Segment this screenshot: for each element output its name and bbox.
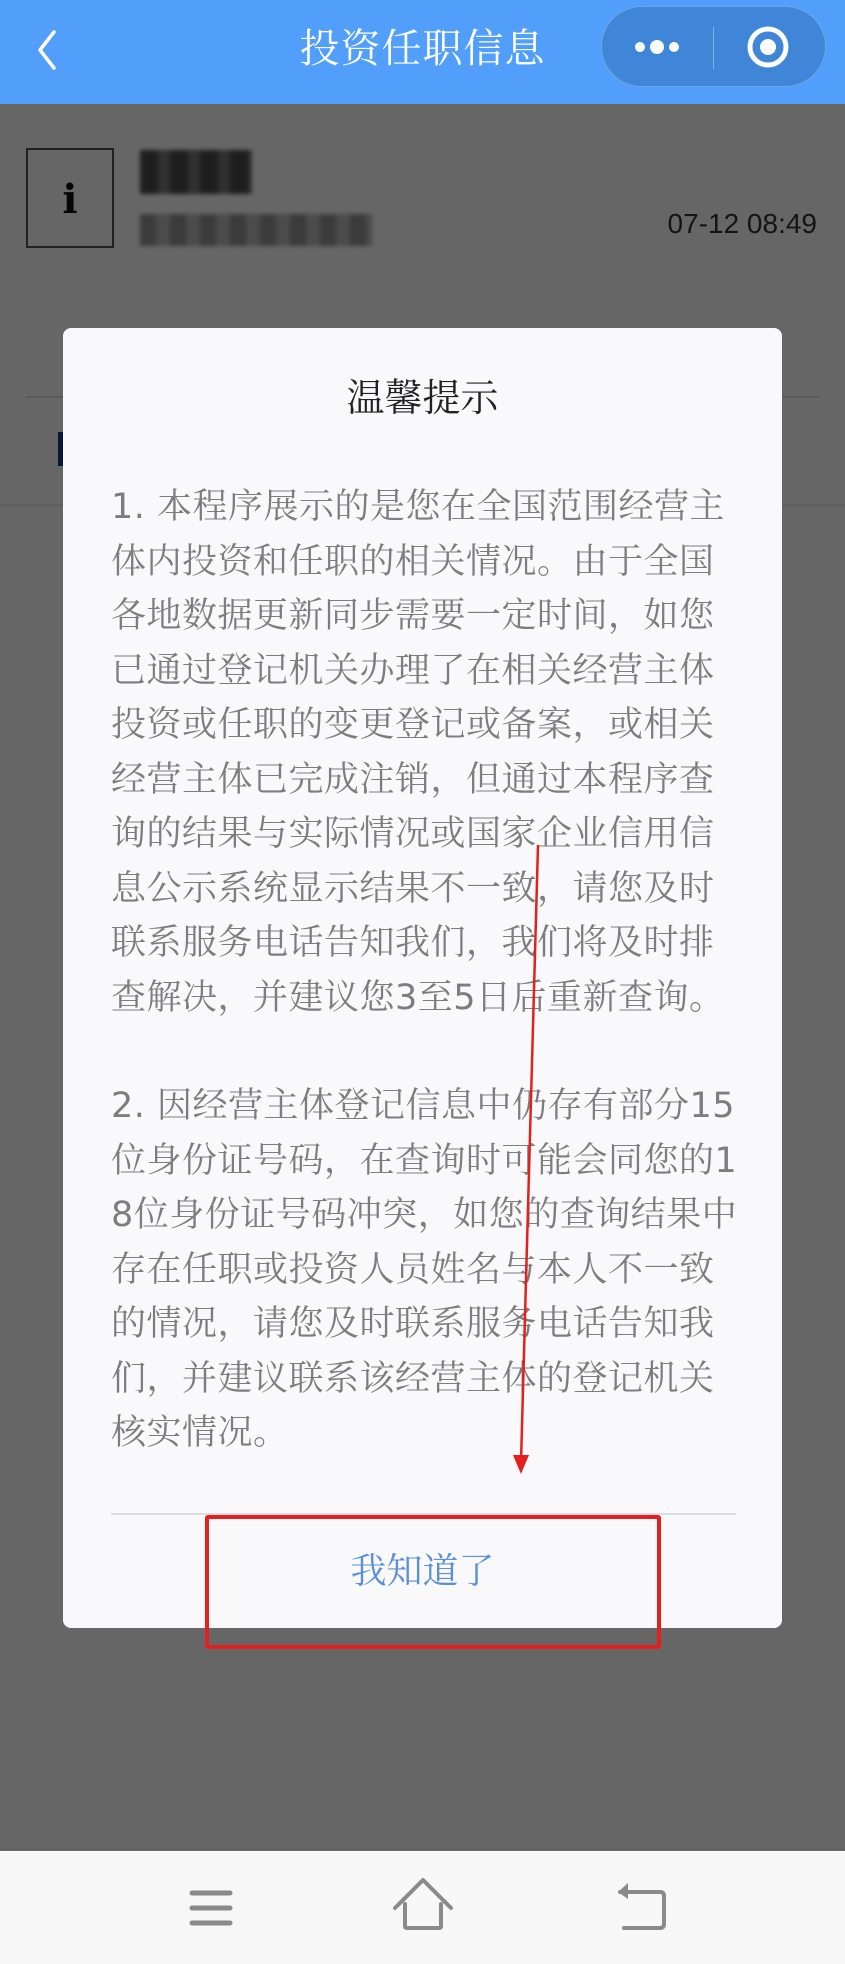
menu-icon (166, 1870, 256, 1942)
notice-paragraph-2: 2. 因经营主体登记信息中仍存有部分15位身份证号码，在查询时可能会同您的18位… (111, 1079, 742, 1461)
notice-dialog: 温馨提示 1. 本程序展示的是您在全国范围经营主体内投资和任职的相关情况。由于全… (63, 328, 782, 1628)
mini-program-capsule (601, 6, 826, 87)
target-circle-icon (714, 7, 826, 88)
close-mini-program-button[interactable] (714, 7, 826, 88)
notice-paragraph-1: 1. 本程序展示的是您在全国范围经营主体内投资和任职的相关情况。由于全国各地数据… (111, 480, 742, 1025)
more-button[interactable] (602, 7, 712, 88)
menu-button[interactable] (166, 1870, 256, 1942)
more-dots-icon (602, 7, 712, 88)
back-nav-button[interactable] (598, 1870, 688, 1942)
dialog-title: 温馨提示 (63, 370, 782, 426)
back-icon (598, 1870, 688, 1942)
home-icon (378, 1870, 468, 1942)
home-button[interactable] (378, 1870, 468, 1942)
annotation-highlight-box (205, 1515, 661, 1649)
title-bar: 投资任职信息 (0, 0, 845, 104)
system-navigation-bar (0, 1852, 845, 1964)
dialog-body: 1. 本程序展示的是您在全国范围经营主体内投资和任职的相关情况。由于全国各地数据… (111, 480, 742, 1461)
